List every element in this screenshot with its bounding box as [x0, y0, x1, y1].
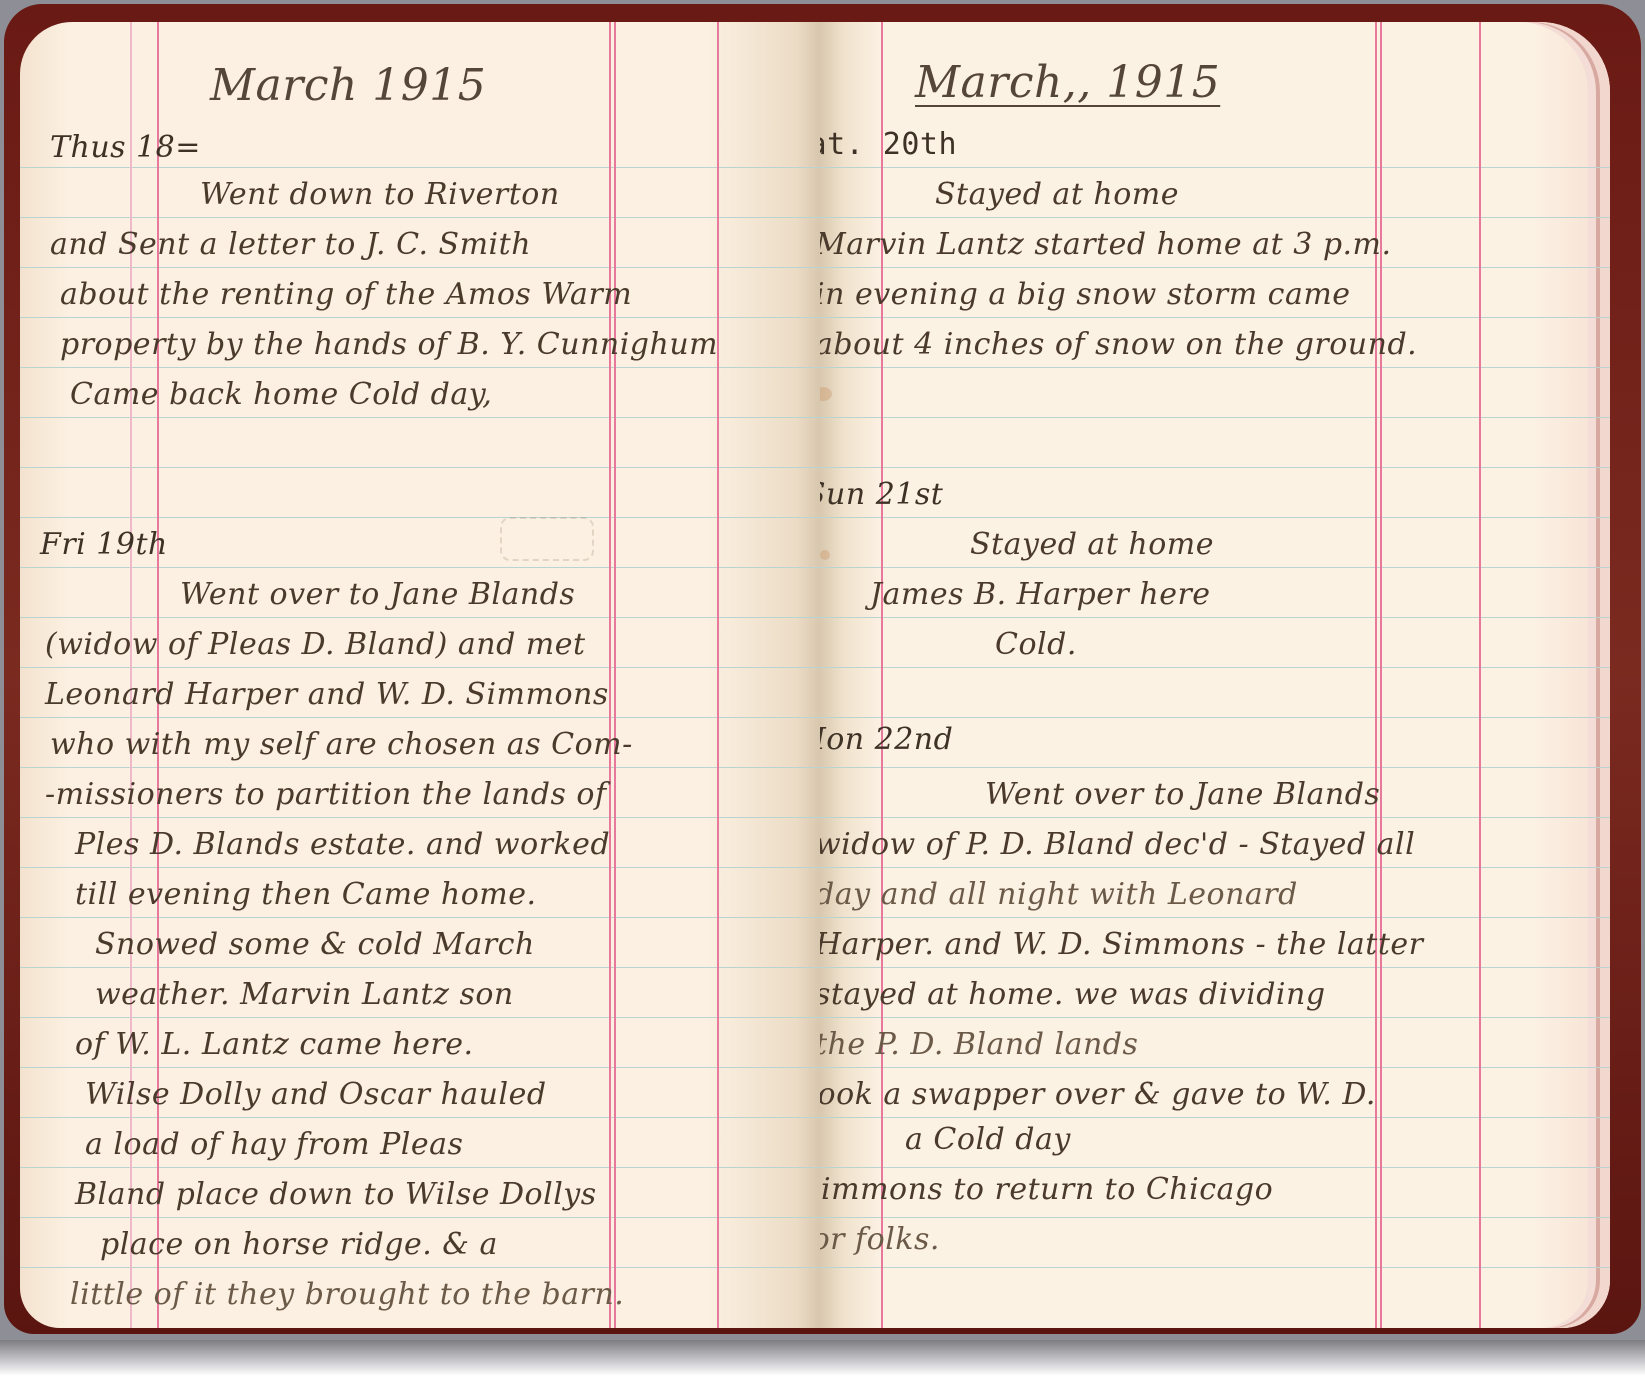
entry-line: for folks. — [820, 1222, 940, 1257]
ruled-line — [820, 167, 1610, 168]
entry-line: James B. Harper here — [870, 577, 1211, 612]
margin-rule — [881, 22, 883, 1328]
ruled-line — [820, 217, 1610, 218]
scan-background — [0, 1340, 1645, 1382]
ruled-line — [20, 1067, 820, 1068]
entry-line: a load of hay from Pleas — [85, 1127, 463, 1162]
ruled-line — [820, 767, 1610, 768]
entry-date: Sat. 20th — [820, 127, 957, 162]
entry-line: a Cold day — [905, 1122, 1071, 1157]
age-stain — [820, 550, 830, 560]
ruled-line — [820, 1267, 1610, 1268]
ruled-line — [20, 267, 820, 268]
ruled-line — [820, 1017, 1610, 1018]
ruled-line — [820, 417, 1610, 418]
age-stain — [820, 387, 832, 401]
ruled-line — [20, 1217, 820, 1218]
entry-line: Bland place down to Wilse Dollys — [75, 1177, 597, 1212]
ruled-line — [820, 917, 1610, 918]
page-heading: March,, 1915 — [915, 57, 1220, 108]
ruled-line — [20, 167, 820, 168]
entry-date: Fri 19th — [40, 527, 168, 562]
ruled-line — [20, 667, 820, 668]
entry-line: of W. L. Lantz came here. — [75, 1027, 474, 1062]
ruled-line — [20, 867, 820, 868]
ruled-line — [820, 967, 1610, 968]
entry-line: Simmons to return to Chicago — [820, 1172, 1273, 1207]
column-rule — [1375, 22, 1377, 1328]
entry-line: (widow of Pleas D. Bland) and met — [45, 627, 586, 662]
ruled-line — [20, 517, 820, 518]
entry-line: place on horse ridge. & a — [100, 1227, 498, 1262]
entry-line: took a swapper over & gave to W. D. — [820, 1077, 1376, 1112]
ruled-line — [820, 817, 1610, 818]
entry-line: Went down to Riverton — [200, 177, 560, 212]
page-heading: March 1915 — [210, 60, 486, 111]
ruled-line — [20, 317, 820, 318]
entry-line: Went over to Jane Blands — [985, 777, 1380, 812]
ruled-line — [20, 767, 820, 768]
ruled-line — [820, 667, 1610, 668]
ruled-line — [820, 1117, 1610, 1118]
right-page: March,, 1915 Sat. 20th Stayed at home Ma… — [820, 22, 1610, 1328]
faded-stamp-mark — [500, 517, 594, 561]
ruled-line — [20, 817, 820, 818]
entry-line: Cold. — [995, 627, 1077, 662]
entry-line: till evening then Came home. — [75, 877, 537, 912]
ruled-line — [20, 1117, 820, 1118]
entry-line: day and all night with Leonard — [820, 877, 1298, 912]
left-page: March 1915 Thus 18= Went down to Riverto… — [20, 22, 820, 1328]
entry-line: property by the hands of B. Y. Cunnighum — [60, 327, 718, 362]
entry-line: Wilse Dolly and Oscar hauled — [85, 1077, 547, 1112]
ruled-line — [820, 717, 1610, 718]
ruled-line — [20, 567, 820, 568]
ruled-line — [820, 367, 1610, 368]
column-rule — [1479, 22, 1481, 1328]
ruled-line — [820, 1067, 1610, 1068]
ruled-line — [820, 867, 1610, 868]
ruled-line — [820, 1167, 1610, 1168]
column-rule — [1380, 22, 1382, 1328]
ruled-line — [20, 967, 820, 968]
entry-line: little of it they brought to the barn. — [70, 1277, 624, 1312]
ruled-line — [20, 917, 820, 918]
entry-line: who with my self are chosen as Com- — [50, 727, 633, 762]
entry-line: Came back home Cold day, — [70, 377, 492, 412]
entry-line: about 4 inches of snow on the ground. — [820, 327, 1417, 362]
ruled-line — [20, 717, 820, 718]
entry-line: -missioners to partition the lands of — [45, 777, 607, 812]
ruled-line — [820, 617, 1610, 618]
entry-line: stayed at home. we was dividing — [820, 977, 1326, 1012]
entry-line: Marvin Lantz started home at 3 p.m. — [820, 227, 1392, 262]
entry-line: Ples D. Blands estate. and worked — [75, 827, 610, 862]
ruled-line — [820, 317, 1610, 318]
ruled-line — [820, 1217, 1610, 1218]
ruled-line — [20, 367, 820, 368]
entry-date: Sun 21st — [820, 477, 943, 512]
entry-line: the P. D. Bland lands — [820, 1027, 1138, 1062]
entry-line: Harper. and W. D. Simmons - the latter — [820, 927, 1424, 962]
entry-line: Went over to Jane Blands — [180, 577, 575, 612]
ruled-line — [820, 267, 1610, 268]
ruled-line — [20, 217, 820, 218]
ruled-line — [820, 567, 1610, 568]
entry-date: Thus 18= — [50, 130, 201, 165]
entry-line: widow of P. D. Bland dec'd - Stayed all — [820, 827, 1415, 862]
entry-date: Mon 22nd — [820, 722, 953, 757]
ruled-line — [20, 1017, 820, 1018]
ruled-line — [820, 517, 1610, 518]
entry-line: Leonard Harper and W. D. Simmons — [45, 677, 609, 712]
entry-line: about the renting of the Amos Warm — [60, 277, 632, 312]
column-rule — [717, 22, 719, 1328]
entry-line: Snowed some & cold March — [95, 927, 535, 962]
ruled-line — [20, 467, 820, 468]
entry-line: Stayed at home — [970, 527, 1214, 562]
column-rule — [614, 22, 616, 1328]
entry-line: and Sent a letter to J. C. Smith — [50, 227, 531, 262]
entry-line: in evening a big snow storm came — [820, 277, 1351, 312]
ruled-line — [20, 617, 820, 618]
ruled-line — [820, 467, 1610, 468]
ruled-line — [20, 1267, 820, 1268]
entry-line: Stayed at home — [935, 177, 1179, 212]
ruled-line — [20, 417, 820, 418]
ruled-line — [20, 1167, 820, 1168]
column-rule — [609, 22, 611, 1328]
entry-line: weather. Marvin Lantz son — [95, 977, 514, 1012]
